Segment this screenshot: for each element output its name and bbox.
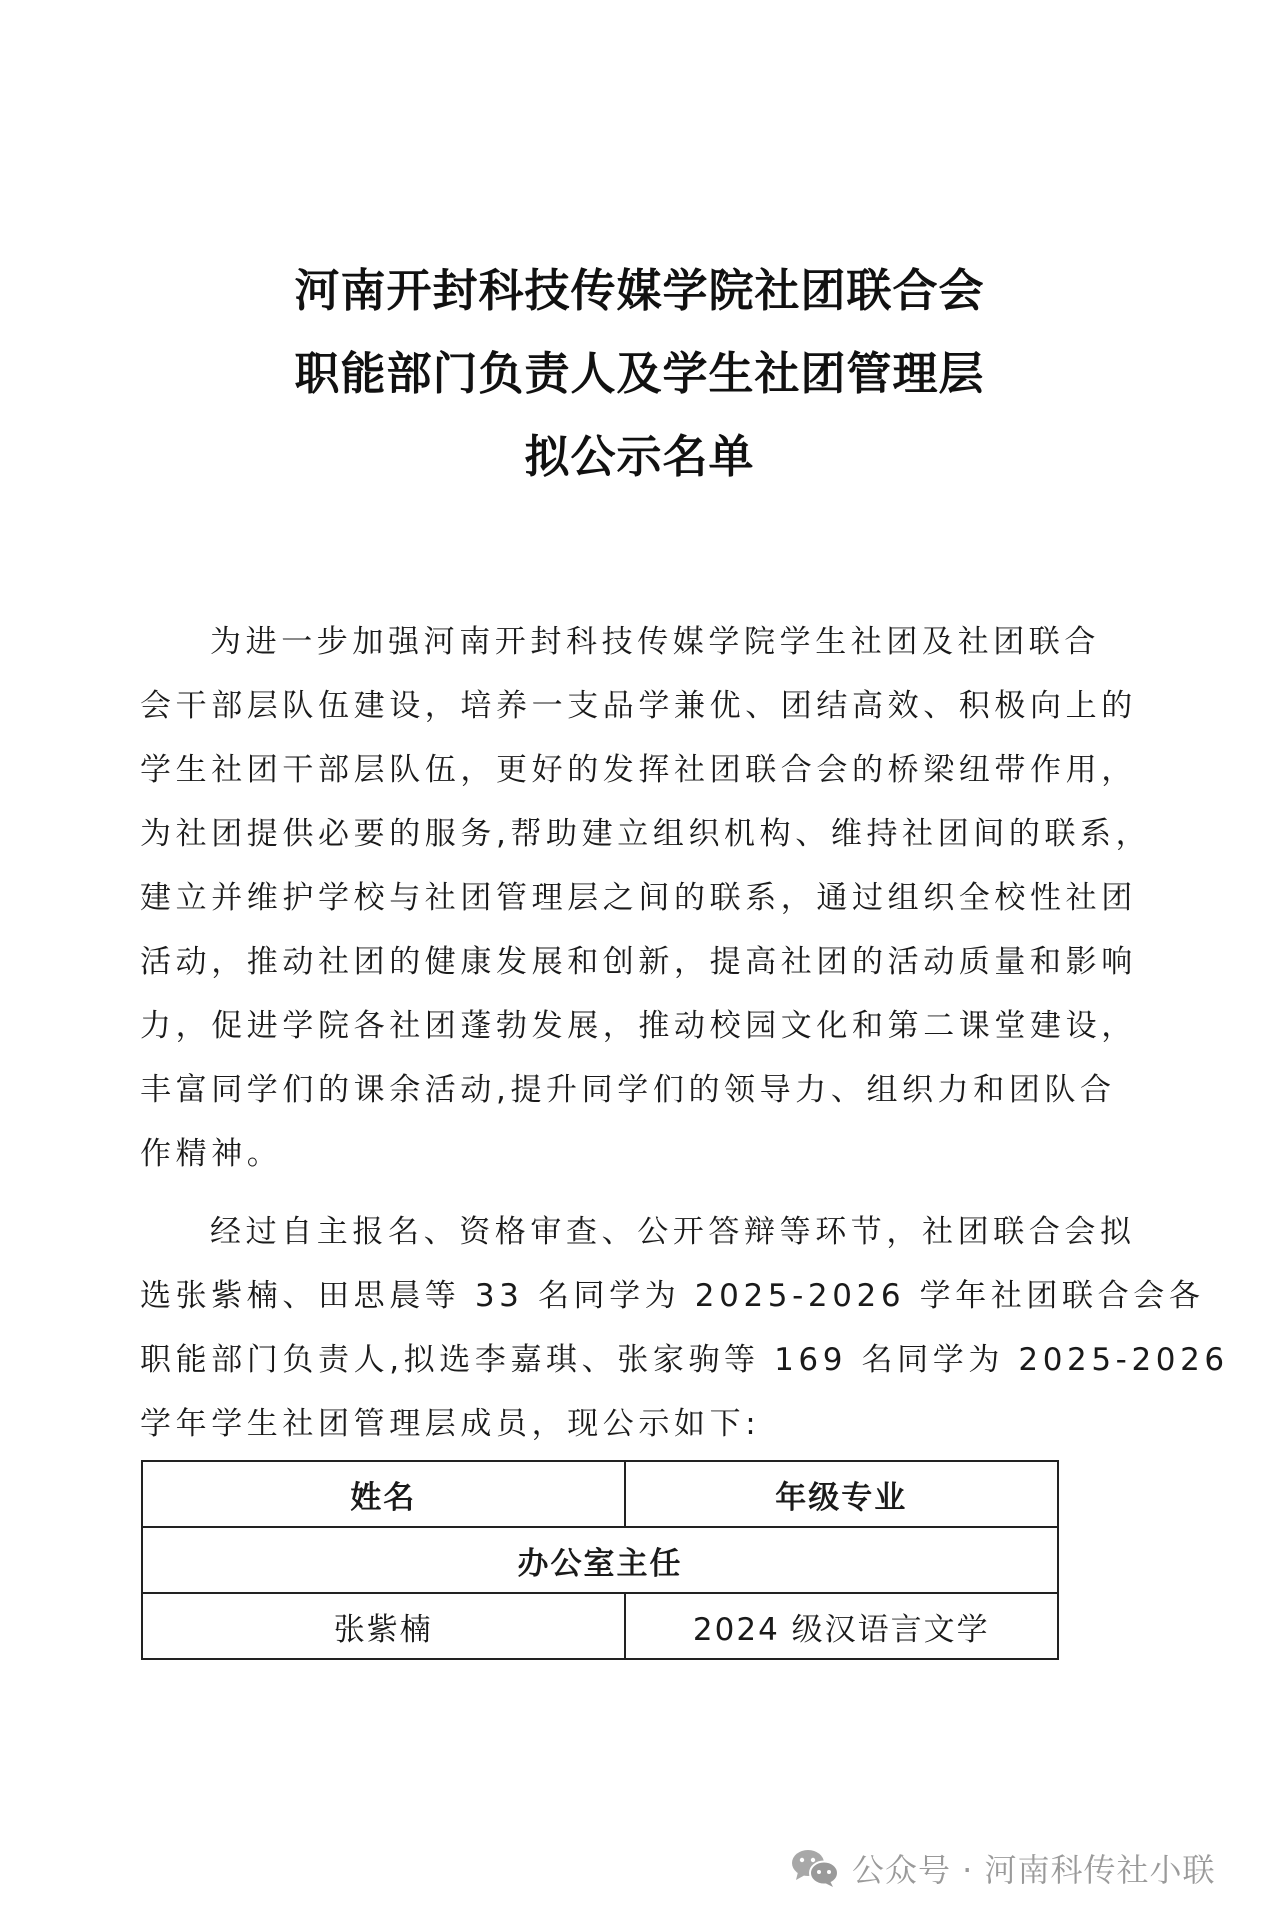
paragraph-line: 为进一步加强河南开封科技传媒学院学生社团及社团联合 [140, 610, 1130, 674]
paragraph-line: 建立并维护学校与社团管理层之间的联系，通过组织全校性社团 [140, 866, 1130, 930]
paragraph-line: 选张紫楠、田思晨等 33 名同学为 2025-2026 学年社团联合会各 [140, 1264, 1130, 1328]
paragraph-line: 会干部层队伍建设，培养一支品学兼优、团结高效、积极向上的 [140, 674, 1130, 738]
header-name: 姓名 [142, 1461, 625, 1527]
paragraph-line: 学生社团干部层队伍，更好的发挥社团联合会的桥梁纽带作用， [140, 738, 1130, 802]
cell-name: 张紫楠 [142, 1593, 625, 1659]
title-line-3: 拟公示名单 [0, 434, 1279, 479]
cell-major: 2024 级汉语言文学 [625, 1593, 1058, 1659]
paragraph-line: 职能部门负责人,拟选李嘉琪、张家驹等 169 名同学为 2025-2026 [140, 1328, 1130, 1392]
paragraph-line: 活动，推动社团的健康发展和创新，提高社团的活动质量和影响 [140, 930, 1130, 994]
table-header-row: 姓名 年级专业 [142, 1461, 1058, 1527]
section-title: 办公室主任 [142, 1527, 1058, 1593]
paragraph-line: 丰富同学们的课余活动,提升同学们的领导力、组织力和团队合 [140, 1058, 1130, 1122]
table-row: 张紫楠 2024 级汉语言文学 [142, 1593, 1058, 1659]
paragraph-line: 力，促进学院各社团蓬勃发展，推动校园文化和第二课堂建设， [140, 994, 1130, 1058]
title-line-1: 河南开封科技传媒学院社团联合会 [0, 268, 1279, 313]
candidate-table: 姓名 年级专业 办公室主任 张紫楠 2024 级汉语言文学 [141, 1460, 1059, 1660]
title-line-2: 职能部门负责人及学生社团管理层 [0, 351, 1279, 396]
header-major: 年级专业 [625, 1461, 1058, 1527]
intro-paragraph: 为进一步加强河南开封科技传媒学院学生社团及社团联合 会干部层队伍建设，培养一支品… [140, 610, 1130, 1186]
footer-label: 公众号 · 河南科传社小联 [852, 1845, 1216, 1891]
paragraph-line: 作精神。 [140, 1122, 1130, 1186]
table-section-row: 办公室主任 [142, 1527, 1058, 1593]
watermark-footer: 公众号 · 河南科传社小联 [790, 1848, 1216, 1888]
document-title: 河南开封科技传媒学院社团联合会 职能部门负责人及学生社团管理层 拟公示名单 [0, 268, 1279, 517]
wechat-icon [790, 1848, 840, 1888]
paragraph-line: 为社团提供必要的服务,帮助建立组织机构、维持社团间的联系， [140, 802, 1130, 866]
paragraph-line: 学年学生社团管理层成员，现公示如下: [140, 1392, 1130, 1456]
paragraph-line: 经过自主报名、资格审查、公开答辩等环节，社团联合会拟 [140, 1200, 1130, 1264]
selection-paragraph: 经过自主报名、资格审查、公开答辩等环节，社团联合会拟 选张紫楠、田思晨等 33 … [140, 1200, 1130, 1456]
